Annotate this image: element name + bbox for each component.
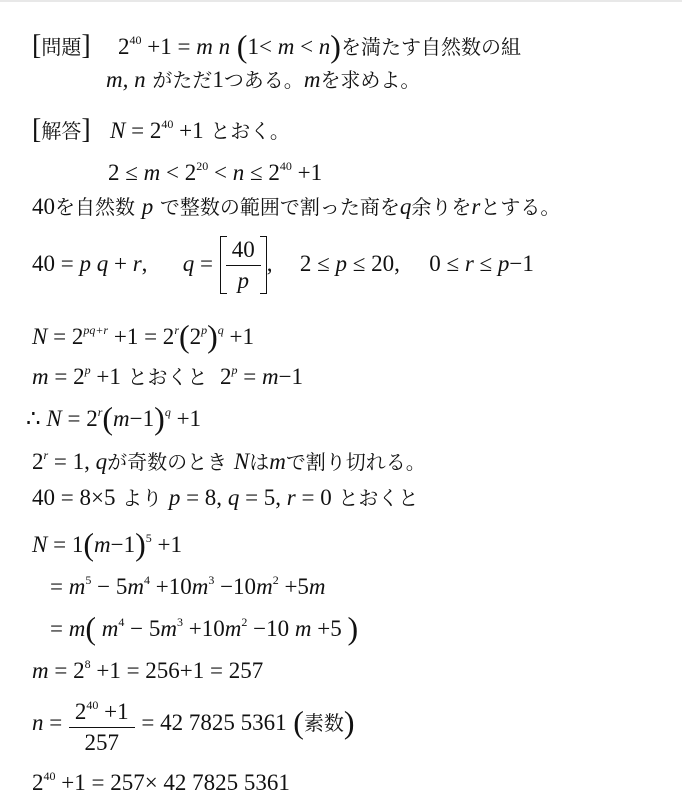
division-text-c: で整数の範囲で割った商を (160, 195, 400, 219)
m-def-eq: m = 2p +1 (32, 364, 121, 389)
var-q: q (400, 194, 412, 219)
m-value-eq: m = 28 +1 = 256+1 = 257 (32, 658, 263, 683)
var-m: m (269, 449, 286, 474)
var-q: q (183, 251, 195, 276)
frac-denominator: p (226, 266, 261, 296)
choose-values: p = 8, q = 5, r = 0 (169, 485, 332, 510)
divisible-text-a: が奇数のとき (107, 450, 227, 474)
solution-line-range: 2 ≤ m < 220 < n ≤ 240 +1 (108, 152, 322, 187)
equals: = (194, 251, 213, 276)
def-eq: N = 240 +1 (110, 118, 204, 143)
equals: = (44, 710, 63, 735)
r-range: 0 ≤ r ≤ p−1 (429, 251, 534, 276)
floor-bracket: 40 p (220, 234, 267, 296)
choose-eq: 40 = 8×5 (32, 485, 115, 510)
factor-eq: = m( m4 − 5m3 +10m2 −10 m +5 ) (50, 616, 358, 641)
final-eq: 240 +1 = 257× 42 7825 5361 (32, 770, 290, 795)
solution-line-final: 240 +1 = 257× 42 7825 5361 (32, 762, 290, 797)
fraction-40-p: 40 p (226, 235, 261, 296)
solution-line-n-m: N = 1(m−1)5 +1 (32, 524, 182, 559)
choose-text-b: とおくと (338, 486, 418, 510)
solution-line-divisible: 2r = 1, qが奇数のとき Nはmで割り切れる。 (32, 441, 426, 476)
bracket-close: ] (81, 114, 90, 145)
n-m-eq: N = 1(m−1)5 +1 (32, 532, 182, 557)
bracket-close: ] (81, 30, 90, 61)
problem-text-2a: がただ (152, 68, 212, 92)
paren-open: ( (293, 704, 304, 740)
solution-line-poly: = m5 − 5m4 +10m3 −10m2 +5m (50, 566, 326, 601)
division-text-b: を自然数 (55, 195, 135, 219)
number-40: 40 (32, 194, 55, 219)
divisible-eq: 2r = 1, q (32, 449, 107, 474)
pqr-eq: 40 = p q + r, (32, 251, 147, 276)
solution-line-factor: = m( m4 − 5m3 +10m2 −10 m +5 ) (50, 608, 358, 643)
problem-text-2b: つある。 (224, 68, 304, 92)
def-text: とおく。 (210, 119, 290, 143)
n-expand-eq: N = 2pq+r +1 = 2r(2p)q +1 (32, 324, 254, 349)
n-result: = 42 7825 5361 (141, 710, 286, 735)
solution-line-n-value: n = 240 +1 257 = 42 7825 5361 (素数) (32, 690, 355, 758)
solution-label: 解答 (41, 119, 81, 143)
divisible-text-c: で割り切れる。 (286, 450, 426, 474)
solution-line-def: [解答] N = 240 +1 とおく。 (32, 110, 290, 145)
solution-line-pqr: 40 = p q + r, q = 40 p , 2 ≤ p ≤ 20, 0 ≤… (32, 234, 534, 296)
m-def-text: とおくと (128, 365, 208, 389)
solution-line-choose: 40 = 8×5 より p = 8, q = 5, r = 0 とおくと (32, 484, 418, 512)
comma: , (267, 251, 273, 276)
var-n: n (32, 710, 44, 735)
problem-text-1: を満たす自然数の組 (341, 35, 521, 59)
problem-line-1: [問題] 240 +1 = m n (1< m < n)を満たす自然数の組 (32, 26, 521, 61)
frac-numerator: 40 (226, 235, 261, 266)
problem-line-2: m, n がただ1つある。mを求めよ。 (106, 66, 420, 94)
prime-label: 素数 (304, 711, 344, 735)
choose-text-a: より (122, 486, 162, 510)
var-r: r (471, 194, 480, 219)
eq-base: 2 (118, 34, 130, 59)
bracket-open: [ (32, 114, 41, 145)
problem-label: 問題 (41, 35, 81, 59)
paren-close: ) (330, 28, 341, 64)
division-text-d: 余りを (411, 195, 471, 219)
var-N: N (234, 449, 249, 474)
problem-text-2c: を求めよ。 (320, 68, 420, 92)
n-frac-numerator: 240 +1 (69, 690, 135, 728)
n-frac-denominator: 257 (69, 728, 135, 758)
solution-line-division: 40を自然数 p で整数の範囲で割った商をq余りをrとする。 (32, 193, 560, 221)
eq-rest: +1 = m n (142, 34, 231, 59)
vars-mn: m, n (106, 67, 146, 92)
division-text-e: とする。 (480, 195, 560, 219)
divisible-text-b: は (249, 450, 269, 474)
number-one: 1 (212, 67, 224, 92)
top-border (0, 0, 682, 2)
eq-exponent: 40 (130, 33, 142, 47)
paren-open: ( (237, 28, 248, 64)
range-eq: 2 ≤ m < 220 < n ≤ 240 +1 (108, 160, 322, 185)
var-p: p (142, 194, 154, 219)
paren-close: ) (344, 704, 355, 740)
solution-line-m-def: m = 2p +1 とおくと 2p = m−1 (32, 356, 303, 391)
m-def-eq2: 2p = m−1 (214, 364, 303, 389)
var-m: m (304, 67, 321, 92)
therefore-eq: ∴ N = 2r(m−1)q +1 (26, 406, 201, 431)
solution-line-m-value: m = 28 +1 = 256+1 = 257 (32, 650, 263, 685)
condition: 1< m < n (247, 34, 330, 59)
poly-eq: = m5 − 5m4 +10m3 −10m2 +5m (50, 574, 326, 599)
fraction-n: 240 +1 257 (69, 690, 135, 758)
p-range: 2 ≤ p ≤ 20, (300, 251, 400, 276)
bracket-open: [ (32, 30, 41, 61)
solution-line-n-expand: N = 2pq+r +1 = 2r(2p)q +1 (32, 316, 254, 351)
solution-line-therefore: ∴ N = 2r(m−1)q +1 (26, 398, 201, 433)
